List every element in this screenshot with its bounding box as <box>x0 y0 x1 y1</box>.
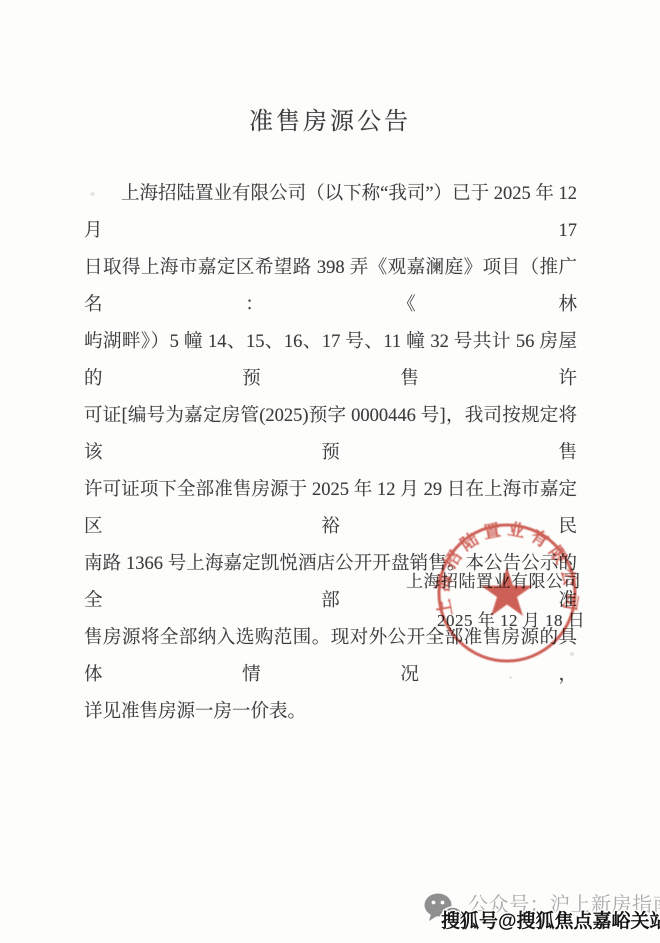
company-seal: 上海招陆置业有限公司 <box>432 518 582 668</box>
body-line: 屿湖畔》）5 幢 14、15、16、17 号、11 幢 32 号共计 56 房屋… <box>84 324 577 398</box>
body-line: 详见准售房源一房一价表。 <box>84 694 577 731</box>
scan-noise-speck <box>570 652 574 656</box>
body-line: 可证[编号为嘉定房管(2025)预字 0000446 号]，我司按规定将该预售 <box>84 398 577 472</box>
sohu-account-label: 搜狐号@搜狐焦点嘉峪关站 <box>441 906 660 933</box>
document-page: 准售房源公告 上海招陆置业有限公司（以下称“我司”）已于 2025 年 12 月… <box>0 0 660 943</box>
watermark-bar: 公众号：沪上新房指南 搜狐号@搜狐焦点嘉峪关站 <box>0 884 660 943</box>
body-line: 上海招陆置业有限公司（以下称“我司”）已于 2025 年 12 月 17 <box>84 176 577 250</box>
scan-noise-speck <box>509 676 512 679</box>
scan-noise-speck <box>90 192 95 196</box>
star-icon <box>481 567 533 616</box>
body-line: 日取得上海市嘉定区希望路 398 弄《观嘉澜庭》项目（推广名：《林 <box>84 250 577 324</box>
document-title: 准售房源公告 <box>0 101 660 136</box>
